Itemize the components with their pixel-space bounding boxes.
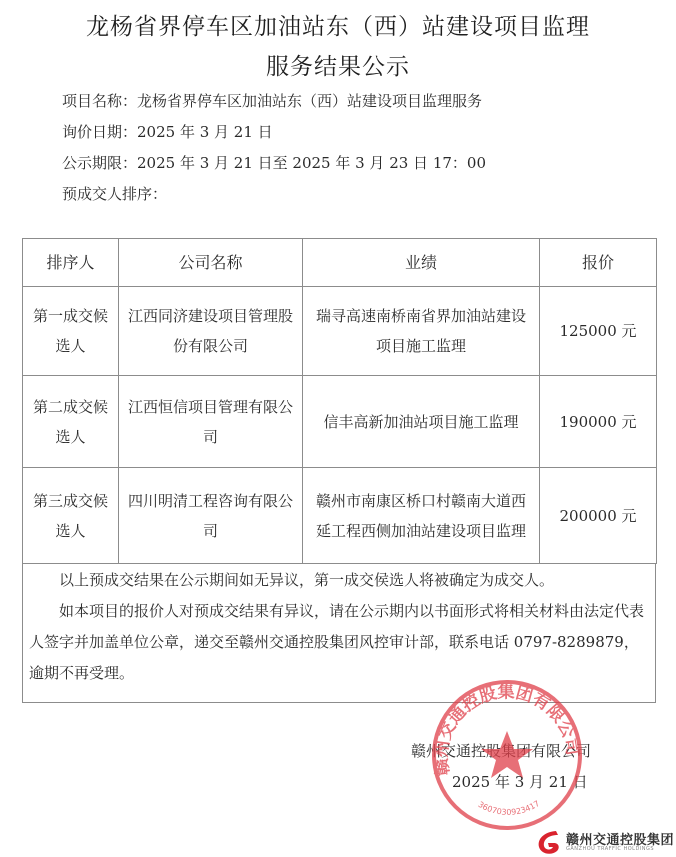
- ranking-label: 预成交人排序：: [62, 183, 167, 204]
- document-title-line1: 龙杨省界停车区加油站东（西）站建设项目监理: [0, 8, 676, 41]
- header-price: 报价: [540, 239, 657, 287]
- cell-price: 200000 元: [540, 468, 657, 564]
- company-logo: 赣州交通控股集团 GANZHOU TRAFFIC HOLDINGS: [536, 828, 676, 857]
- svg-text:3607030923417: 3607030923417: [476, 799, 541, 817]
- cell-price: 125000 元: [540, 287, 657, 376]
- logo-subtitle: GANZHOU TRAFFIC HOLDINGS: [566, 846, 654, 852]
- cell-company: 江西恒信项目管理有限公司: [119, 376, 303, 468]
- cell-rank: 第一成交候选人: [23, 287, 119, 376]
- company-seal-icon: 赣州交通控股集团有限公司 3607030923417: [431, 679, 583, 831]
- cell-rank: 第二成交候选人: [23, 376, 119, 468]
- project-name: 项目名称：龙杨省界停车区加油站东（西）站建设项目监理服务: [62, 90, 482, 111]
- header-company: 公司名称: [119, 239, 303, 287]
- table-row: 第三成交候选人 四川明清工程咨询有限公司 赣州市南康区桥口村赣南大道西延工程西侧…: [23, 468, 657, 564]
- table-header-row: 排序人 公司名称 业绩 报价: [23, 239, 657, 287]
- cell-company: 四川明清工程咨询有限公司: [119, 468, 303, 564]
- publicity-period: 公示期限：2025 年 3 月 21 日至 2025 年 3 月 23 日 17…: [62, 152, 486, 173]
- cell-rank: 第三成交候选人: [23, 468, 119, 564]
- note-objection-procedure: 如本项目的报价人对预成交结果有异议，请在公示期内以书面形式将相关材料由法定代表人…: [23, 596, 655, 689]
- cell-price: 190000 元: [540, 376, 657, 468]
- cell-company: 江西同济建设项目管理股份有限公司: [119, 287, 303, 376]
- header-performance: 业绩: [303, 239, 540, 287]
- table-row: 第一成交候选人 江西同济建设项目管理股份有限公司 瑞寻高速南桥南省界加油站建设项…: [23, 287, 657, 376]
- logo-g-icon: [536, 828, 562, 856]
- table-row: 第二成交候选人 江西恒信项目管理有限公司 信丰高新加油站项目施工监理 19000…: [23, 376, 657, 468]
- cell-performance: 赣州市南康区桥口村赣南大道西延工程西侧加油站建设项目监理: [303, 468, 540, 564]
- seal-serial: 3607030923417: [476, 799, 541, 817]
- document-title-line2: 服务结果公示: [0, 48, 676, 81]
- cell-performance: 信丰高新加油站项目施工监理: [303, 376, 540, 468]
- cell-performance: 瑞寻高速南桥南省界加油站建设项目施工监理: [303, 287, 540, 376]
- note-no-objection: 以上预成交结果在公示期间如无异议，第一成交侯选人将被确定为成交人。: [23, 565, 655, 596]
- inquiry-date: 询价日期：2025 年 3 月 21 日: [62, 121, 273, 142]
- header-rank: 排序人: [23, 239, 119, 287]
- results-table: 排序人 公司名称 业绩 报价 第一成交候选人 江西同济建设项目管理股份有限公司 …: [22, 238, 657, 564]
